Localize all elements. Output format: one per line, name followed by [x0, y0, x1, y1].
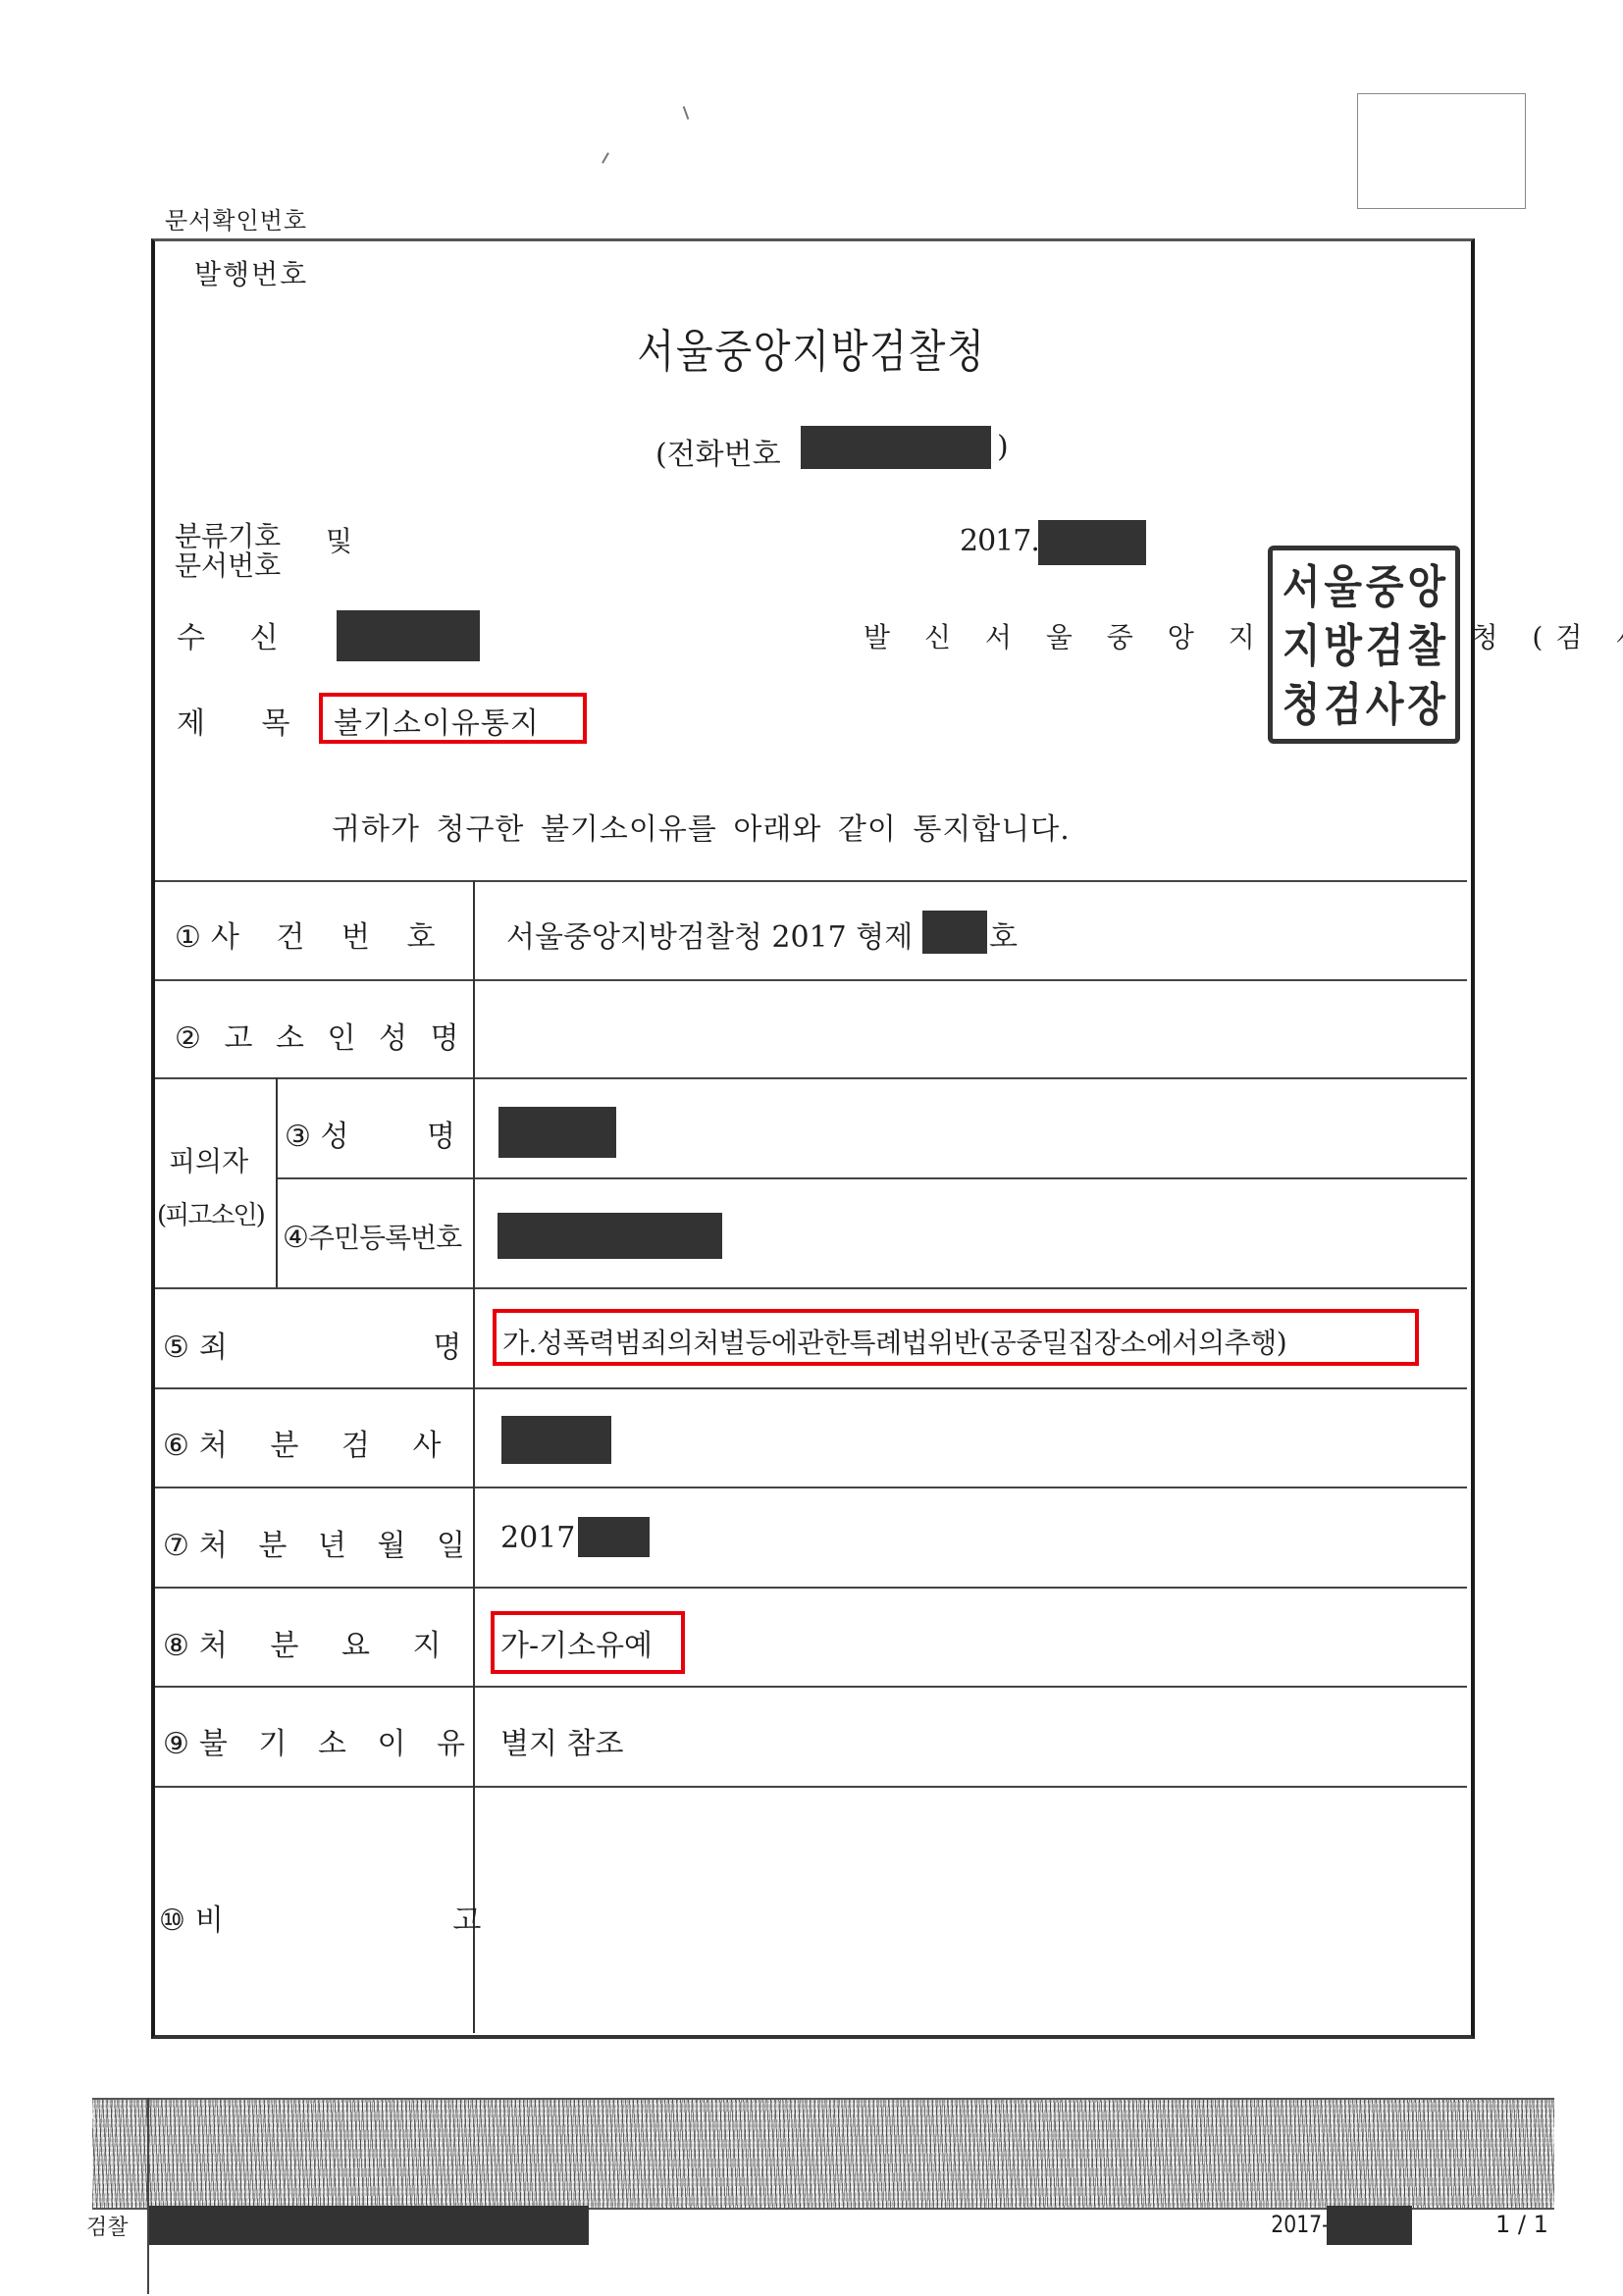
- recipient-label: 수 신: [177, 613, 279, 656]
- page-indicator: 1 / 1: [1495, 2211, 1548, 2238]
- table-row-label: ⑨불 기 소 이 유: [163, 1719, 465, 1762]
- table-line: [155, 979, 1467, 981]
- disposition-summary-value: 가-기소유예: [500, 1621, 653, 1664]
- issue-date: 2017.: [960, 524, 1039, 558]
- footer-agency-label: 검찰: [86, 2211, 129, 2241]
- seal-char: 검: [1364, 613, 1406, 681]
- table-subcolumn-divider: [276, 1077, 278, 1287]
- redacted-footer-code: [149, 2206, 589, 2245]
- seal-char: 중: [1364, 554, 1406, 622]
- redacted-recipient: [337, 610, 480, 661]
- seal-char: 서: [1281, 554, 1323, 622]
- table-line: [276, 1177, 1467, 1179]
- charge-value: 가.성폭력범죄의처벌등에관한특례법위반(공중밀집장소에서의추행): [502, 1322, 1286, 1361]
- agency-title: 서울중앙지방검찰청: [122, 316, 1501, 381]
- suspect-group-label: 피의자: [169, 1140, 248, 1179]
- redacted-footer-date: [1327, 2206, 1412, 2245]
- disposition-date-value: 2017.: [500, 1521, 585, 1555]
- table-row-label: ①사 건 번 호: [175, 913, 435, 956]
- table-row-label: ⑧처 분 요 지: [163, 1621, 441, 1664]
- table-row-label: ④주민등록번호: [283, 1217, 461, 1256]
- seal-char: 찰: [1406, 613, 1448, 681]
- table-row-label: ⑥처 분 검 사: [163, 1421, 441, 1464]
- redacted-phone: [801, 426, 991, 469]
- seal-char: 청: [1281, 672, 1323, 740]
- redacted-date: [1038, 520, 1146, 565]
- table-line: [155, 1587, 1467, 1589]
- table-row-label: ⑩비 고: [159, 1896, 481, 1939]
- redacted-prosecutor: [501, 1416, 611, 1464]
- phone-close-paren: ): [997, 430, 1009, 464]
- sender-line: 발 신 서 울 중 앙 지 방 검 찰 청 (검 사 장): [864, 616, 1623, 655]
- case-number-value: 서울중앙지방검찰청 2017 형제: [506, 913, 913, 956]
- seal-char: 검: [1323, 672, 1365, 740]
- seal-char: 지: [1281, 613, 1323, 681]
- case-number-suffix: 호: [989, 913, 1018, 956]
- issue-number-label: 발행번호: [194, 253, 308, 292]
- phone-label: (전화번호: [655, 430, 781, 473]
- classification-label: 분류기호 문서번호: [175, 522, 292, 581]
- table-line: [155, 1786, 1467, 1788]
- table-line: [155, 1487, 1467, 1488]
- scan-mark: [602, 152, 609, 163]
- table-line: [155, 1686, 1467, 1688]
- subject-label: 제 목: [177, 699, 290, 742]
- table-row-label: ② 고 소 인 성 명: [175, 1014, 459, 1057]
- non-prosecution-reason-value: 별지 참조: [500, 1719, 623, 1762]
- table-line: [155, 880, 1467, 882]
- table-line: [155, 1287, 1467, 1289]
- seal-char: 울: [1323, 554, 1365, 622]
- intro-sentence: 귀하가 청구한 불기소이유를 아래와 같이 통지합니다.: [332, 805, 1071, 848]
- table-row-label: ⑤죄 명: [163, 1323, 461, 1366]
- seal-char: 장: [1406, 672, 1448, 740]
- official-seal: 서 울 중 앙 지 방 검 찰 청 검 사 장: [1268, 546, 1460, 744]
- table-column-divider: [473, 880, 475, 2033]
- table-row-label: ③ 성 명: [285, 1112, 455, 1155]
- table-row-label: ⑦처 분 년 월 일: [163, 1521, 465, 1564]
- redacted-disposition-date: [578, 1517, 650, 1557]
- table-line: [155, 1077, 1467, 1079]
- seal-char: 앙: [1406, 554, 1448, 622]
- table-line: [155, 1387, 1467, 1389]
- subject-value: 불기소이유통지: [334, 699, 540, 742]
- redacted-suspect-name: [498, 1107, 616, 1158]
- scan-mark: [147, 2098, 149, 2294]
- redacted-case-number: [922, 911, 987, 954]
- seal-char: 사: [1364, 672, 1406, 740]
- footer-date: 2017-: [1271, 2211, 1329, 2238]
- document-confirmation-number-label: 문서확인번호: [165, 201, 307, 235]
- classification-and: 및: [326, 520, 352, 559]
- suspect-group-sublabel: (피고소인): [157, 1195, 264, 1231]
- seal-char: 방: [1323, 613, 1365, 681]
- security-pattern-band: [92, 2098, 1554, 2210]
- scan-mark: [683, 106, 690, 120]
- redacted-resident-number: [497, 1213, 722, 1259]
- barcode-stamp-box: [1357, 93, 1526, 209]
